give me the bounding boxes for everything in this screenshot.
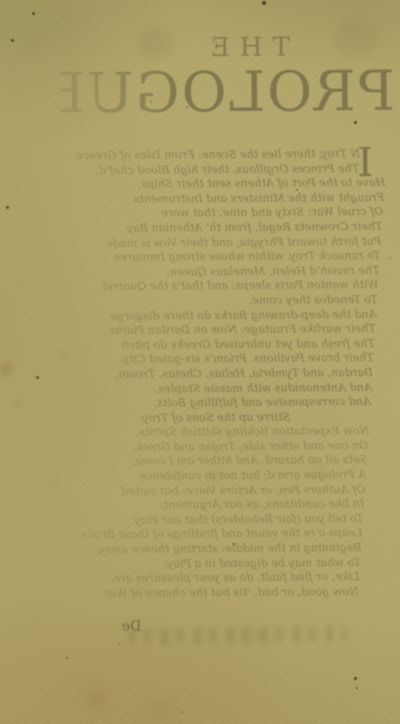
prologue-verse: I N Troy, there lies the Scene: From Isl…	[61, 147, 390, 602]
print-column: THE PROLOGUE I N Troy, there lies the Sc…	[60, 0, 399, 724]
verse-line: The ravish'd Helen, Menelaus Queen,	[62, 264, 380, 281]
verse-line: N Troy, there lies the Scene: From Isles…	[61, 147, 387, 164]
ink-speck	[296, 189, 298, 191]
verse-line: Of cruel War: Sixty and nine, that wore	[61, 205, 383, 222]
fox-spot	[132, 582, 150, 596]
ink-speck	[6, 206, 9, 209]
verse-line: Have to the Port of Athens sent their Sh…	[61, 176, 385, 193]
ink-speck	[36, 376, 39, 379]
verse-line: The Princes Orgillous, their high Blood …	[61, 161, 386, 178]
verse-line: Fraught with the Ministers and Instrumen…	[61, 191, 384, 208]
verse-line: Put forth toward Phrygia, and their Vow …	[62, 234, 382, 251]
verse-line: Like, or find fault, do as your pleasure…	[64, 570, 360, 587]
verse-line: And the deep-drawing Barks do there disg…	[62, 307, 377, 324]
fox-spot	[145, 700, 177, 720]
title-the: THE	[83, 32, 400, 64]
catchword: De	[122, 619, 142, 635]
ink-speck	[118, 643, 120, 645]
bleed-through-layer: THE PROLOGUE I N Troy, there lies the Sc…	[0, 0, 400, 724]
verse-line: The fresh and yet unbruised Greeks do pi…	[62, 337, 374, 354]
verse-line: And Antenonidus with massie Staples,	[63, 380, 372, 397]
verse-line: Their warlike Frautage: Now on Dardan Pl…	[62, 322, 376, 339]
ink-speck	[66, 657, 68, 659]
ink-speck	[150, 101, 152, 103]
verse-line: Stirre up the Sons of Troy.	[63, 410, 370, 427]
fox-spot	[240, 630, 263, 646]
fox-spot	[0, 361, 14, 376]
verse-line: Beginning in the middle: starting thence…	[64, 541, 362, 558]
fox-spot	[45, 477, 56, 487]
verse-line: To what may be digested in a Play:	[64, 556, 361, 573]
verse-line: To ransack Troy, within whose strong Imm…	[62, 249, 381, 266]
verse-line: In like conditions, as our Argument;	[63, 497, 364, 514]
deep-bleed-smudge	[128, 625, 350, 645]
deep-bleed-blob	[138, 28, 174, 58]
verse-line: Their brave Pavilions. Priam's six-gated…	[62, 351, 373, 368]
verse-line: On one and other side, Trojan and Greek,	[63, 439, 368, 456]
verse-line: And corresponsive and fulfilling Bolts,	[63, 395, 371, 412]
ink-speck	[32, 12, 35, 15]
verse-line: To tell you (fair Beholders) that our Pl…	[64, 512, 364, 529]
verse-line: Of Authors Pen, or Actors Voice; but sui…	[63, 483, 365, 500]
fox-spot	[59, 351, 68, 359]
verse-line: To Tenedos they come,	[62, 293, 378, 310]
book-page-photo: THE PROLOGUE I N Troy, there lies the Sc…	[0, 0, 400, 724]
ink-speck	[233, 543, 235, 545]
drop-cap: I	[357, 148, 373, 178]
paper-texture	[0, 0, 400, 724]
fox-spot	[207, 471, 220, 483]
verse-line: Their Crownets Regal, from th' Athenian …	[62, 220, 383, 237]
verse-line: With wanton Paris sleeps; and that's the…	[62, 278, 379, 295]
fox-spot	[13, 399, 22, 407]
verse-line: Dardan, and Tymbria, Helias, Chetas, Tro…	[63, 366, 373, 383]
ink-speck	[181, 711, 183, 713]
ink-speck	[354, 677, 357, 680]
ink-speck	[262, 1, 266, 5]
ink-speck	[11, 39, 14, 42]
verse-line: Sets all on hazard. And hither am I come…	[63, 454, 367, 471]
ink-speck	[389, 257, 391, 259]
ink-speck	[186, 106, 188, 108]
ink-speck	[354, 121, 357, 124]
verse-line: A Prologue arm'd; but not in confidence	[63, 468, 366, 485]
fox-spot	[312, 462, 329, 476]
verse-line: Now Expectation tickling skittish Spirit…	[63, 424, 369, 441]
ink-speck	[356, 687, 358, 689]
fox-spot	[82, 688, 110, 710]
title-prologue: PROLOGUE	[60, 59, 394, 125]
verse-line: Now good, or bad, 'tis but the chance of…	[64, 585, 359, 602]
deep-bleed-blob	[334, 20, 378, 58]
verse-line: Leaps o're the vaunt and firstlings of t…	[64, 527, 363, 544]
